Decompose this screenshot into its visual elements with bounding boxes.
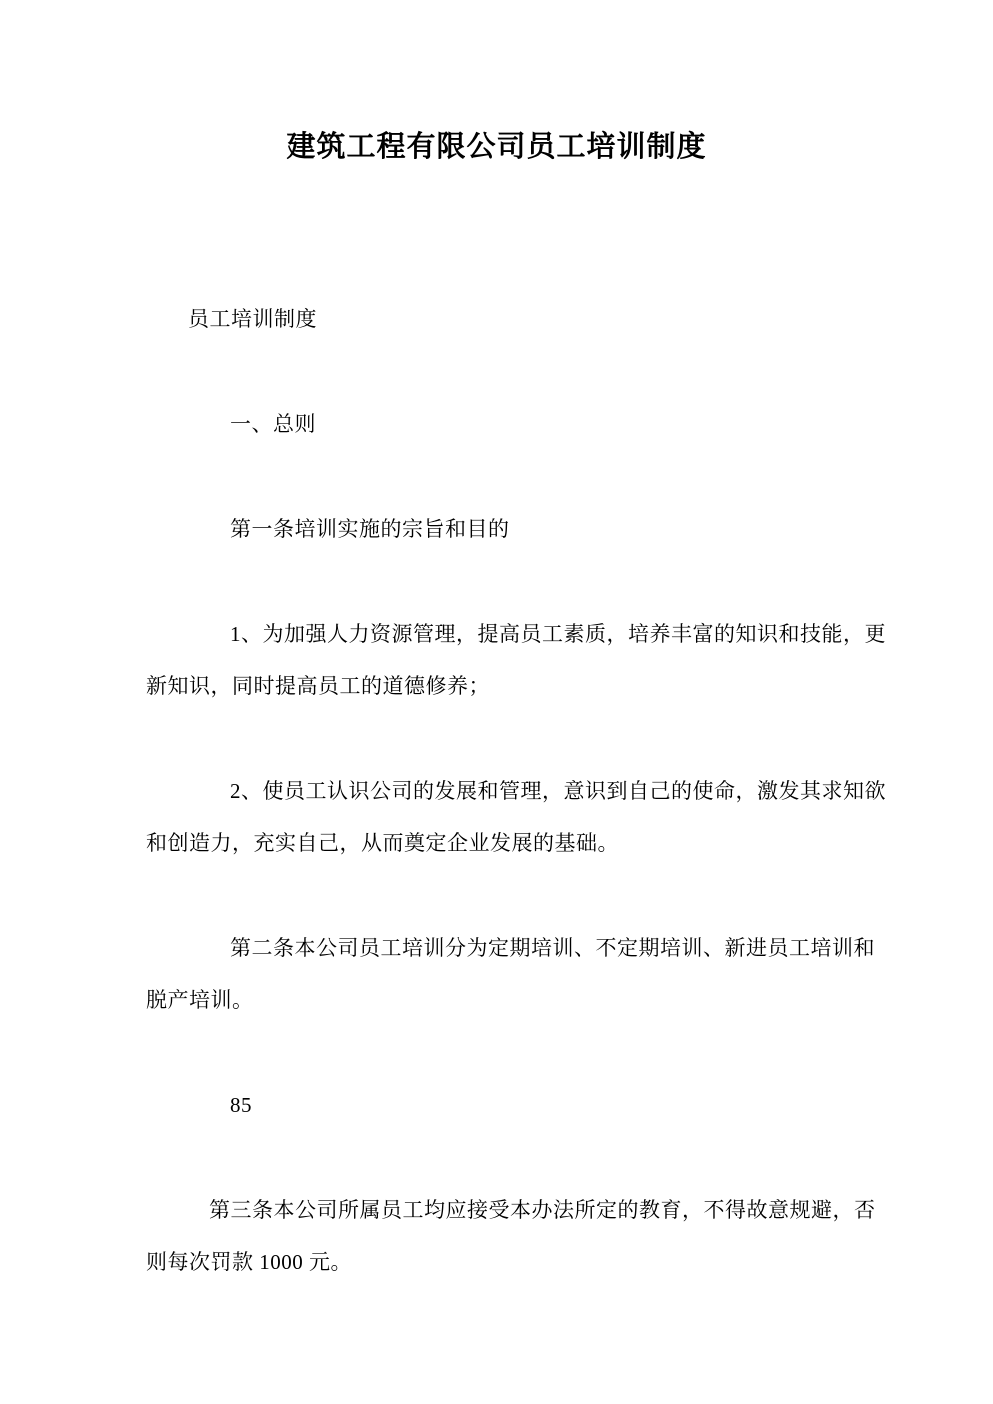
paragraph-line: 一、总则 <box>146 398 847 450</box>
document-page: 建筑工程有限公司员工培训制度 员工培训制度 一、总则 第一条培训实施的宗旨和目的… <box>0 0 993 1404</box>
paragraph-line: 1、为加强人力资源管理，提高员工素质，培养丰富的知识和技能，更 <box>146 608 847 660</box>
paragraph-line: 和创造力，充实自己，从而奠定企业发展的基础。 <box>146 817 847 869</box>
paragraph-article-2: 第二条本公司员工培训分为定期培训、不定期培训、新进员工培训和 脱产培训。 <box>146 922 847 1026</box>
paragraph-line: 第三条本公司所属员工均应接受本办法所定的教育，不得故意规避，否 <box>146 1184 847 1236</box>
paragraph-number-85: 85 <box>146 1079 847 1131</box>
paragraph-line: 85 <box>146 1079 847 1131</box>
paragraph-line: 新知识，同时提高员工的道德修养； <box>146 660 847 712</box>
paragraph-article-3: 第三条本公司所属员工均应接受本办法所定的教育，不得故意规避，否 则每次罚款 10… <box>146 1184 847 1288</box>
document-body: 员工培训制度 一、总则 第一条培训实施的宗旨和目的 1、为加强人力资源管理，提高… <box>146 293 847 1288</box>
paragraph-line: 则每次罚款 1000 元。 <box>146 1236 847 1288</box>
paragraph-item-2: 2、使员工认识公司的发展和管理，意识到自己的使命，激发其求知欲 和创造力，充实自… <box>146 765 847 869</box>
paragraph-section-heading: 一、总则 <box>146 398 847 450</box>
paragraph-line: 第二条本公司员工培训分为定期培训、不定期培训、新进员工培训和 <box>146 922 847 974</box>
paragraph-subtitle: 员工培训制度 <box>146 293 847 345</box>
paragraph-item-1: 1、为加强人力资源管理，提高员工素质，培养丰富的知识和技能，更 新知识，同时提高… <box>146 608 847 712</box>
paragraph-line: 员工培训制度 <box>146 293 847 345</box>
paragraph-line: 脱产培训。 <box>146 974 847 1026</box>
paragraph-article-1-heading: 第一条培训实施的宗旨和目的 <box>146 503 847 555</box>
paragraph-line: 2、使员工认识公司的发展和管理，意识到自己的使命，激发其求知欲 <box>146 765 847 817</box>
paragraph-line: 第一条培训实施的宗旨和目的 <box>146 503 847 555</box>
document-title: 建筑工程有限公司员工培训制度 <box>146 0 847 166</box>
